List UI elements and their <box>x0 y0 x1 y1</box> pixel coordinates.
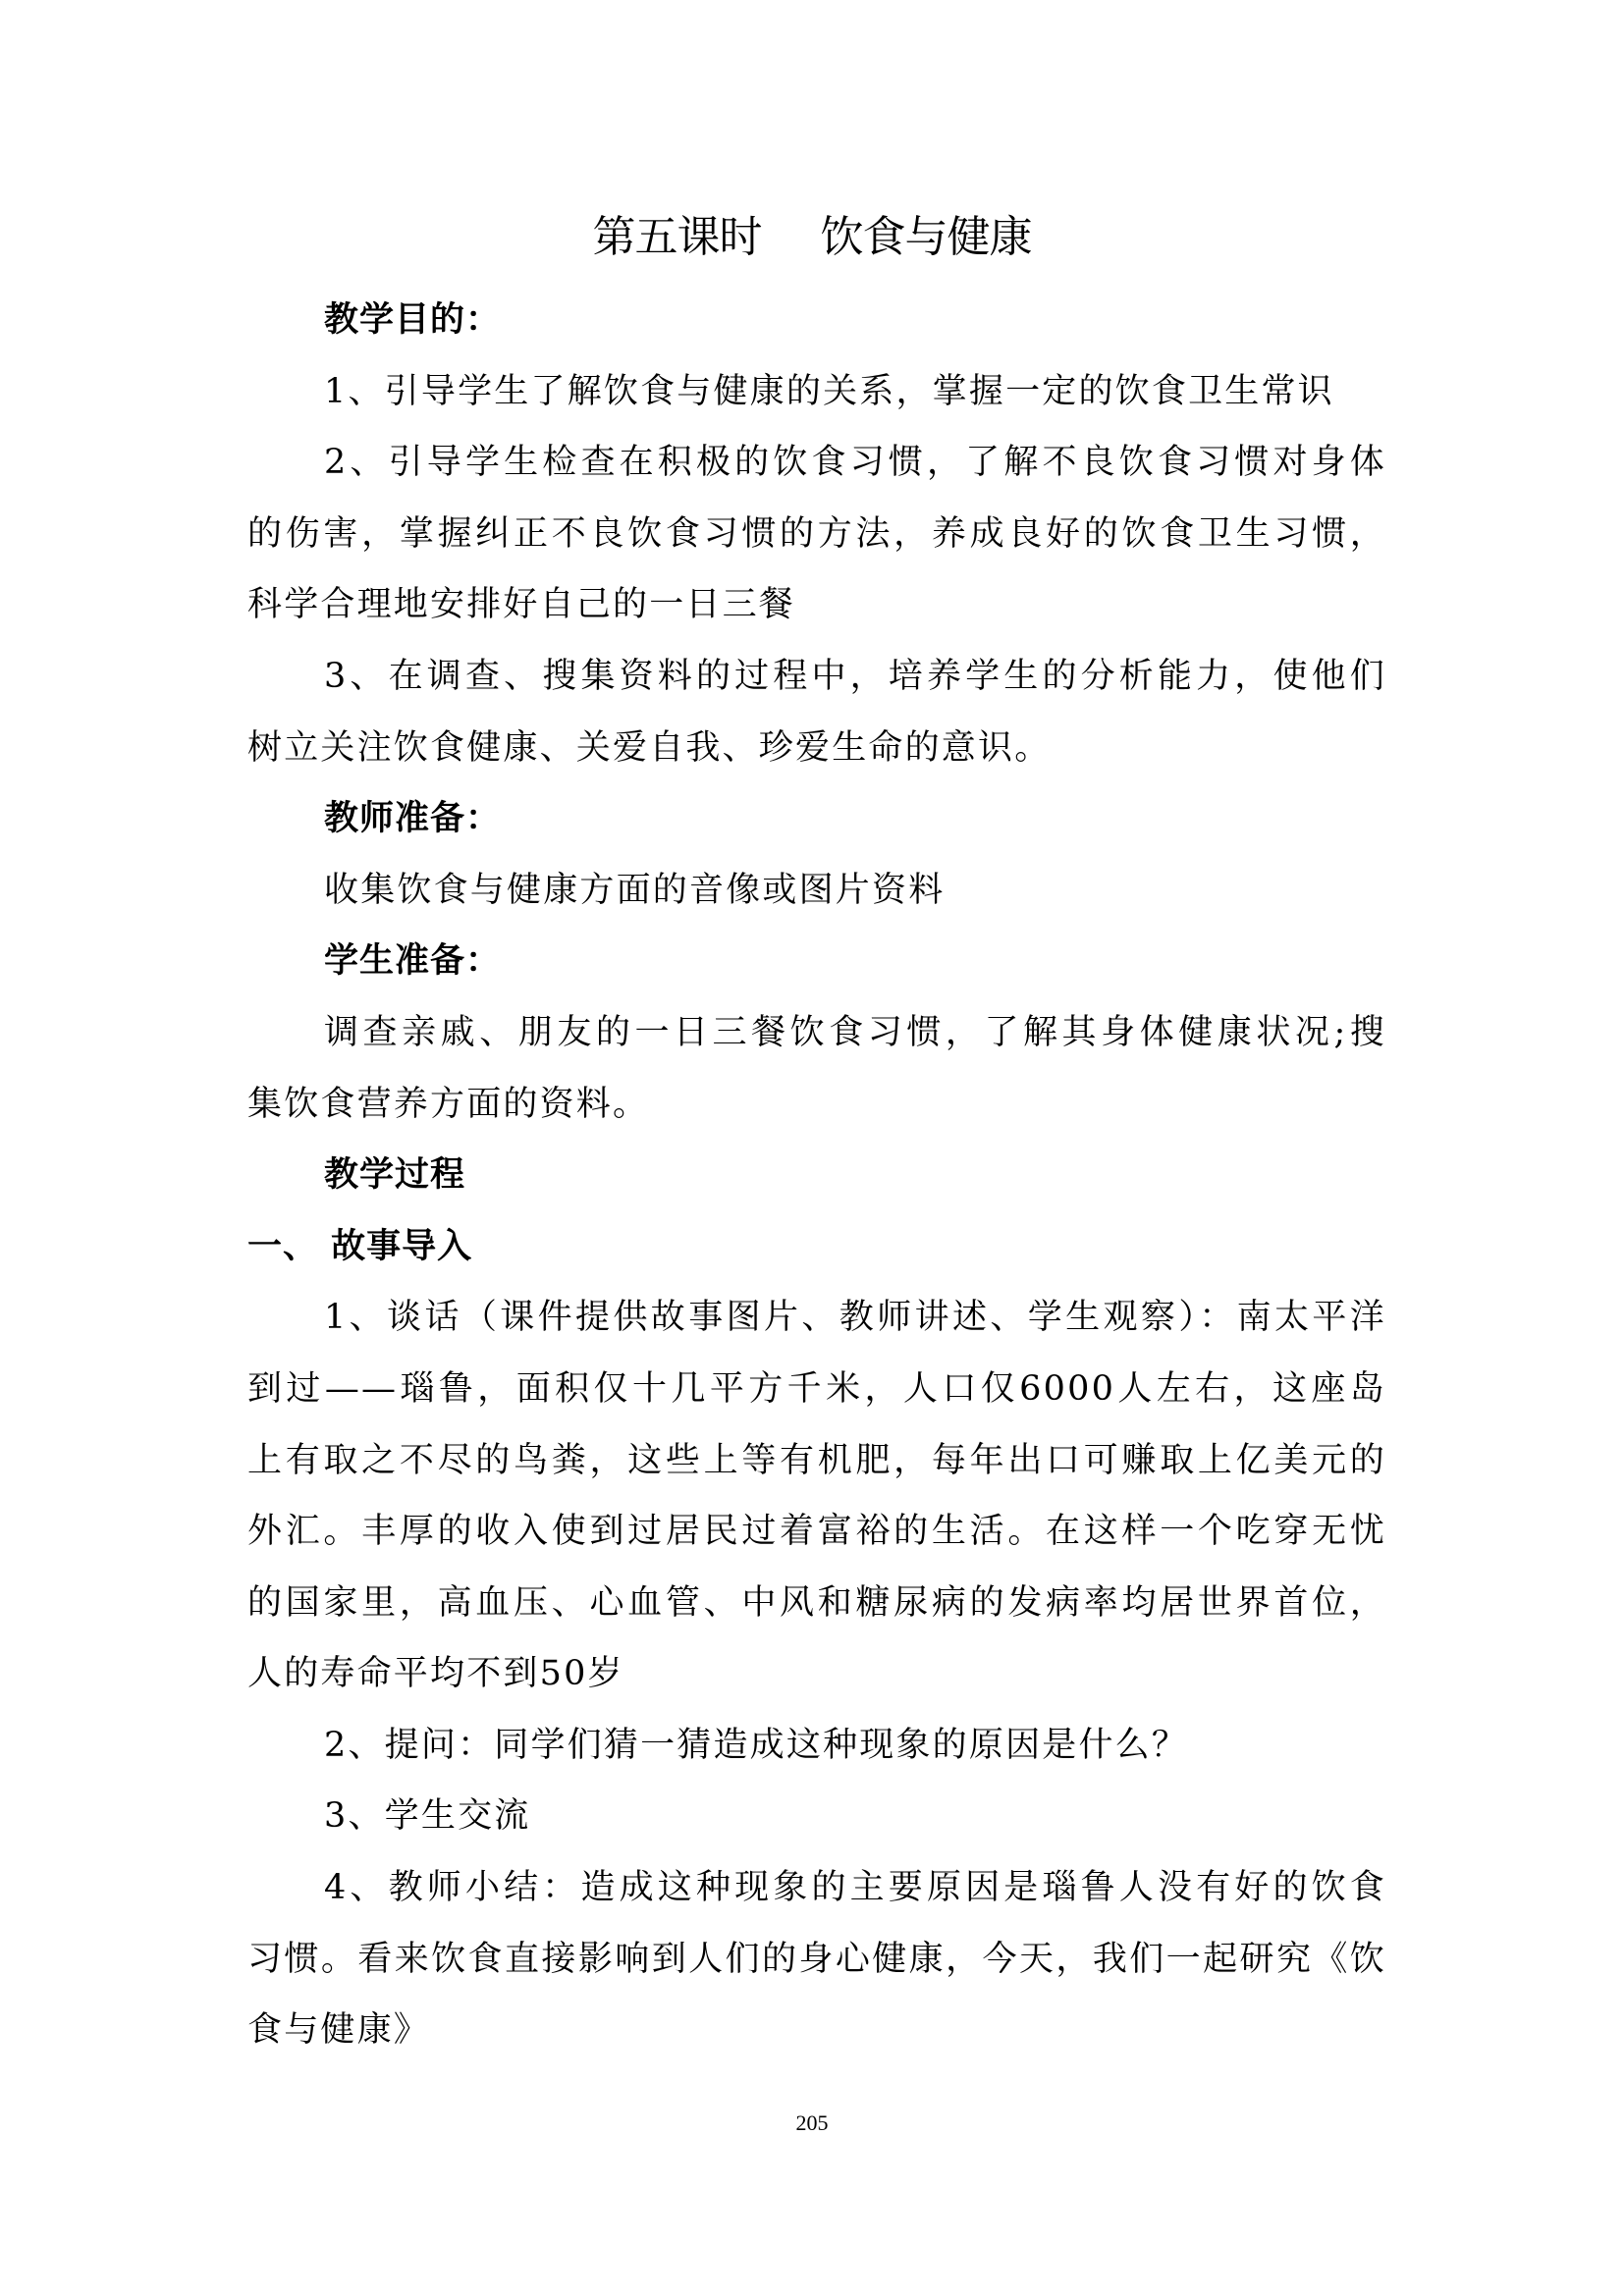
objective-line: 的伤害，掌握纠正不良饮食习惯的方法，养成良好的饮食卫生习惯， <box>247 499 1386 570</box>
teacher-prep-text: 收集饮食与健康方面的音像或图片资料 <box>247 855 1386 927</box>
part1-line: 食与健康》 <box>247 1995 1386 2066</box>
objective-line: 树立关注饮食健康、关爱自我、珍爱生命的意识。 <box>247 713 1386 784</box>
objective-line: 科学合理地安排好自己的一日三餐 <box>247 569 1386 641</box>
part1-line: 上有取之不尽的鸟粪，这些上等有机肥，每年出口可赚取上亿美元的 <box>247 1425 1386 1497</box>
part1-line: 习惯。看来饮食直接影响到人们的身心健康，今天，我们一起研究《饮 <box>247 1924 1386 1996</box>
part1-line: 人的寿命平均不到50岁 <box>247 1638 1386 1710</box>
page-number: 205 <box>0 2110 1624 2136</box>
part1-line: 2、提问：同学们猜一猜造成这种现象的原因是什么？ <box>247 1710 1386 1782</box>
part1-line: 3、学生交流 <box>247 1781 1386 1852</box>
title-topic: 饮食与健康 <box>821 212 1032 262</box>
page-title: 第五课时饮食与健康 <box>0 208 1624 267</box>
part1-line: 的国家里，高血压、心血管、中风和糖尿病的发病率均居世界首位， <box>247 1568 1386 1639</box>
objective-line: 1、引导学生了解饮食与健康的关系，掌握一定的饮食卫生常识 <box>247 356 1386 428</box>
part1-line: 1、谈话（课件提供故事图片、教师讲述、学生观察）：南太平洋 <box>247 1282 1386 1354</box>
student-prep-line: 调查亲戚、朋友的一日三餐饮食习惯，了解其身体健康状况;搜 <box>247 997 1386 1069</box>
objective-line: 2、引导学生检查在积极的饮食习惯，了解不良饮食习惯对身体 <box>247 427 1386 499</box>
student-prep-heading: 学生准备： <box>247 926 1386 997</box>
part1-line: 外汇。丰厚的收入使到过居民过着富裕的生活。在这样一个吃穿无忧 <box>247 1496 1386 1568</box>
document-page: 第五课时饮食与健康 教学目的： 1、引导学生了解饮食与健康的关系，掌握一定的饮食… <box>0 0 1624 2296</box>
document-body: 教学目的： 1、引导学生了解饮食与健康的关系，掌握一定的饮食卫生常识 2、引导学… <box>247 285 1386 2066</box>
student-prep-line: 集饮食营养方面的资料。 <box>247 1069 1386 1141</box>
objectives-heading: 教学目的： <box>247 285 1386 356</box>
part1-line: 到过——瑙鲁，面积仅十几平方千米，人口仅6000人左右，这座岛 <box>247 1354 1386 1425</box>
part1-line: 4、教师小结：造成这种现象的主要原因是瑙鲁人没有好的饮食 <box>247 1852 1386 1924</box>
teacher-prep-heading: 教师准备： <box>247 783 1386 855</box>
process-heading: 教学过程 <box>247 1140 1386 1211</box>
part1-heading: 一、 故事导入 <box>247 1211 1386 1283</box>
objective-line: 3、在调查、搜集资料的过程中，培养学生的分析能力，使他们 <box>247 641 1386 713</box>
title-lesson-number: 第五课时 <box>593 212 762 262</box>
